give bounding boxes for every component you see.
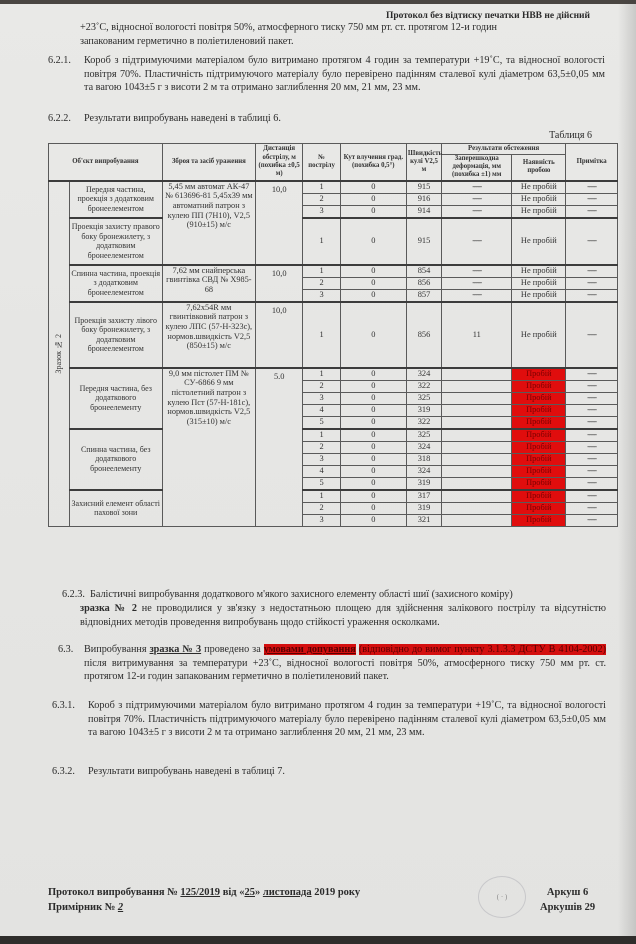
bullet-speed: 322 xyxy=(406,416,441,429)
deformation: ----- xyxy=(442,289,512,302)
results-table: Об'єкт випробування Зброя та засіб ураже… xyxy=(48,143,618,527)
penetration: Не пробій xyxy=(512,205,566,218)
bullet-speed: 325 xyxy=(406,392,441,404)
footer-text: Протокол випробування № xyxy=(48,887,180,898)
deformation xyxy=(442,453,512,465)
distance: 10,0 xyxy=(255,302,303,368)
table-row: Спинна частина, без додаткового бронееле… xyxy=(49,429,618,442)
penetration: Пробій xyxy=(512,429,566,442)
weapon-description: 9,0 мм пістолет ПМ № СУ-6866 9 мм пістол… xyxy=(162,368,255,527)
impact-angle: 0 xyxy=(340,416,406,429)
deformation: ----- xyxy=(442,277,512,289)
impact-angle: 0 xyxy=(340,453,406,465)
note: ----- xyxy=(566,193,618,205)
impact-angle: 0 xyxy=(340,181,406,194)
section-6-3-1: Короб з підтримуючими матеріалом було ви… xyxy=(88,699,606,740)
bullet-speed: 856 xyxy=(406,302,441,368)
shot-number: 1 xyxy=(303,181,340,194)
penetration: Пробій xyxy=(512,380,566,392)
section-6-2-3-body: зразка № 2 не проводилися у зв'язку з не… xyxy=(80,602,606,629)
test-object: Захисний елемент області пахової зони xyxy=(69,490,162,527)
penetration: Пробій xyxy=(512,441,566,453)
impact-angle: 0 xyxy=(340,368,406,381)
distance: 10,0 xyxy=(255,265,303,302)
shot-number: 3 xyxy=(303,392,340,404)
note: ----- xyxy=(566,302,618,368)
penetration: Пробій xyxy=(512,465,566,477)
sample-ref: зразка № 2 xyxy=(80,603,137,614)
note: ----- xyxy=(566,380,618,392)
section-6-2-2: Результати випробувань наведені в таблиц… xyxy=(84,112,605,126)
bullet-speed: 856 xyxy=(406,277,441,289)
copy-label: Примірник № xyxy=(48,902,118,913)
deformation xyxy=(442,514,512,526)
deformation xyxy=(442,502,512,514)
protocol-day: 25 xyxy=(244,887,255,898)
test-object: Передня частина, проекція з додатковим б… xyxy=(69,181,162,218)
bullet-speed: 915 xyxy=(406,218,441,265)
shot-number: 1 xyxy=(303,302,340,368)
table-caption: Таблиця 6 xyxy=(549,130,592,141)
note: ----- xyxy=(566,502,618,514)
deformation xyxy=(442,477,512,490)
note: ----- xyxy=(566,465,618,477)
deformation xyxy=(442,465,512,477)
bullet-speed: 915 xyxy=(406,181,441,194)
shot-number: 5 xyxy=(303,477,340,490)
bullet-speed: 318 xyxy=(406,453,441,465)
penetration: Не пробій xyxy=(512,277,566,289)
photo-edge-top xyxy=(0,0,636,4)
shot-number: 2 xyxy=(303,380,340,392)
note: ----- xyxy=(566,404,618,416)
deformation xyxy=(442,404,512,416)
bullet-speed: 324 xyxy=(406,441,441,453)
penetration: Пробій xyxy=(512,453,566,465)
shot-number: 1 xyxy=(303,368,340,381)
sample-3-ref: зразка № 3 xyxy=(150,644,202,655)
section-6-3: Випробування зразка № 3 проведено за умо… xyxy=(84,643,606,684)
bullet-speed: 857 xyxy=(406,289,441,302)
photo-edge-bottom xyxy=(0,936,636,944)
note: ----- xyxy=(566,368,618,381)
copy-number: 2 xyxy=(118,902,123,913)
impact-angle: 0 xyxy=(340,514,406,526)
penetration: Пробій xyxy=(512,490,566,503)
shot-number: 5 xyxy=(303,416,340,429)
col-header-penetration: Наявність пробою xyxy=(512,155,566,181)
shot-number: 1 xyxy=(303,490,340,503)
shot-number: 4 xyxy=(303,465,340,477)
note: ----- xyxy=(566,429,618,442)
section-6-2-3-line-1: Балістичні випробування додаткового м'як… xyxy=(90,588,606,602)
penetration: Пробій xyxy=(512,368,566,381)
deformation: ----- xyxy=(442,193,512,205)
section-6-3-2: Результати випробувань наведені в таблиц… xyxy=(88,765,606,779)
shot-number: 2 xyxy=(303,502,340,514)
bullet-speed: 319 xyxy=(406,502,441,514)
penetration: Не пробій xyxy=(512,302,566,368)
table-row: Спинна частина, проекція з додатковим бр… xyxy=(49,265,618,278)
shot-number: 3 xyxy=(303,453,340,465)
weapon-description: 5,45 мм автомат АК-47 № 613696-81 5,45х3… xyxy=(162,181,255,265)
shot-number: 1 xyxy=(303,265,340,278)
distance: 5.0 xyxy=(255,368,303,527)
document-page: Протокол без відтиску печатки НВВ не дій… xyxy=(0,0,636,944)
penetration: Не пробій xyxy=(512,289,566,302)
impact-angle: 0 xyxy=(340,392,406,404)
deformation xyxy=(442,429,512,442)
section-number: 6.2.2. xyxy=(48,112,71,126)
s63-pre: Випробування xyxy=(84,644,150,655)
bullet-speed: 319 xyxy=(406,477,441,490)
note: ----- xyxy=(566,265,618,278)
penetration: Не пробій xyxy=(512,218,566,265)
impact-angle: 0 xyxy=(340,380,406,392)
impact-angle: 0 xyxy=(340,302,406,368)
table-row: Проекція захисту правого боку бронежилет… xyxy=(49,218,618,265)
sample-label-cell: Зразок № 2 xyxy=(49,181,70,527)
footer-text: 2019 року xyxy=(312,887,361,898)
penetration: Не пробій xyxy=(512,193,566,205)
impact-angle: 0 xyxy=(340,404,406,416)
impact-angle: 0 xyxy=(340,441,406,453)
bullet-speed: 322 xyxy=(406,380,441,392)
col-header-shot: № пострілу xyxy=(303,144,340,181)
weapon-description: 7,62х54R мм гвинтівковий патрон з кулею … xyxy=(162,302,255,368)
penetration: Пробій xyxy=(512,404,566,416)
shot-number: 3 xyxy=(303,514,340,526)
footer-text: від « xyxy=(220,887,244,898)
impact-angle: 0 xyxy=(340,218,406,265)
note: ----- xyxy=(566,453,618,465)
shot-number: 2 xyxy=(303,441,340,453)
s63-rest: після витримування за температури +23˚С,… xyxy=(84,658,606,683)
intro-line-2: запакованим герметично в поліетиленовий … xyxy=(80,35,606,49)
sample-label: Зразок № 2 xyxy=(54,334,64,374)
note: ----- xyxy=(566,205,618,218)
bullet-speed: 319 xyxy=(406,404,441,416)
section-number: 6.3.1. xyxy=(52,699,75,713)
note: ----- xyxy=(566,490,618,503)
test-object: Передня частина, без додаткового бронеел… xyxy=(69,368,162,429)
table-row: Проекція захисту лівого боку бронежилету… xyxy=(49,302,618,368)
section-number: 6.2.3. xyxy=(62,588,85,602)
photo-shadow-right xyxy=(618,0,636,944)
penetration: Не пробій xyxy=(512,265,566,278)
shot-number: 1 xyxy=(303,218,340,265)
s63-mid: проведено за xyxy=(201,644,264,655)
shot-number: 1 xyxy=(303,429,340,442)
penetration: Пробій xyxy=(512,502,566,514)
deformation xyxy=(442,490,512,503)
deformation xyxy=(442,368,512,381)
impact-angle: 0 xyxy=(340,429,406,442)
col-header-note: Примітка xyxy=(566,144,618,181)
bullet-speed: 317 xyxy=(406,490,441,503)
deformation xyxy=(442,441,512,453)
penetration: Пробій xyxy=(512,392,566,404)
note: ----- xyxy=(566,277,618,289)
impact-angle: 0 xyxy=(340,502,406,514)
deformation: ----- xyxy=(442,205,512,218)
note: ----- xyxy=(566,477,618,490)
deformation xyxy=(442,392,512,404)
deformation: 11 xyxy=(442,302,512,368)
deformation xyxy=(442,380,512,392)
shot-number: 2 xyxy=(303,193,340,205)
footer-sheets: Аркуш 6 Аркушів 29 xyxy=(540,885,595,915)
shot-number: 4 xyxy=(303,404,340,416)
section-6-2-3-text: не проводилися у зв'язку з недостатньою … xyxy=(80,603,606,628)
section-number: 6.3. xyxy=(58,643,73,657)
distance: 10,0 xyxy=(255,181,303,265)
weapon-description: 7,62 мм снайперська гвинтівка СВД № Х985… xyxy=(162,265,255,302)
col-header-deformation: Заперешкодна деформація, мм (похибка ±1)… xyxy=(442,155,512,181)
col-header-weapon: Зброя та засіб ураження xyxy=(162,144,255,181)
deformation xyxy=(442,416,512,429)
bullet-speed: 321 xyxy=(406,514,441,526)
test-object: Спинна частина, проекція з додатковим бр… xyxy=(69,265,162,302)
bullet-speed: 916 xyxy=(406,193,441,205)
footer-text: » xyxy=(255,887,263,898)
impact-angle: 0 xyxy=(340,465,406,477)
impact-angle: 0 xyxy=(340,277,406,289)
impact-angle: 0 xyxy=(340,265,406,278)
sheet-total: Аркушів 29 xyxy=(540,900,595,915)
bullet-speed: 914 xyxy=(406,205,441,218)
table-row: Зразок № 2Передня частина, проекція з до… xyxy=(49,181,618,194)
test-object: Спинна частина, без додаткового бронееле… xyxy=(69,429,162,490)
penetration: Пробій xyxy=(512,416,566,429)
shot-number: 3 xyxy=(303,289,340,302)
highlight-conditions: умовами допування xyxy=(264,644,356,655)
impact-angle: 0 xyxy=(340,490,406,503)
intro-line-1: +23˚С, відносної вологості повітря 50%, … xyxy=(80,21,606,35)
bullet-speed: 854 xyxy=(406,265,441,278)
note: ----- xyxy=(566,218,618,265)
col-header-speed: Швидкість кулі V2,5 м xyxy=(406,144,441,181)
note: ----- xyxy=(566,181,618,194)
bullet-speed: 324 xyxy=(406,368,441,381)
shot-number: 2 xyxy=(303,277,340,289)
table-row: Захисний елемент області пахової зони103… xyxy=(49,490,618,503)
penetration: Не пробій xyxy=(512,181,566,194)
impact-angle: 0 xyxy=(340,205,406,218)
penetration: Пробій xyxy=(512,477,566,490)
col-header-object: Об'єкт випробування xyxy=(49,144,163,181)
footer-protocol: Протокол випробування № 125/2019 від «25… xyxy=(48,885,360,915)
protocol-month: листопада xyxy=(263,887,312,898)
section-6-2-1: Короб з підтримуючими матеріалом було ви… xyxy=(84,54,605,95)
bullet-speed: 324 xyxy=(406,465,441,477)
impact-angle: 0 xyxy=(340,477,406,490)
page-header: Протокол без відтиску печатки НВВ не дій… xyxy=(386,11,590,21)
table-row: Передня частина, без додаткового бронеел… xyxy=(49,368,618,381)
bullet-speed: 325 xyxy=(406,429,441,442)
test-object: Проекція захисту правого боку бронежилет… xyxy=(69,218,162,265)
deformation: ----- xyxy=(442,218,512,265)
deformation: ----- xyxy=(442,181,512,194)
test-object: Проекція захисту лівого боку бронежилету… xyxy=(69,302,162,368)
deformation: ----- xyxy=(442,265,512,278)
shot-number: 3 xyxy=(303,205,340,218)
note: ----- xyxy=(566,416,618,429)
highlight-standard-ref: (відповідно до вимог пункту 3.1.3.3 ДСТУ… xyxy=(359,644,606,655)
col-header-angle: Кут влучення град. (похибка 0,5°) xyxy=(340,144,406,181)
impact-angle: 0 xyxy=(340,193,406,205)
stamp-mark: ( · ) xyxy=(478,876,526,918)
col-header-results: Результати обстеження xyxy=(442,144,566,155)
protocol-number: 125/2019 xyxy=(180,887,220,898)
sheet-number: Аркуш 6 xyxy=(540,885,595,900)
note: ----- xyxy=(566,441,618,453)
note: ----- xyxy=(566,514,618,526)
penetration: Пробій xyxy=(512,514,566,526)
section-number: 6.3.2. xyxy=(52,765,75,779)
note: ----- xyxy=(566,392,618,404)
note: ----- xyxy=(566,289,618,302)
section-number: 6.2.1. xyxy=(48,54,71,68)
col-header-distance: Дистанція обстрілу, м (похибка ±0,5 м) xyxy=(255,144,303,181)
impact-angle: 0 xyxy=(340,289,406,302)
